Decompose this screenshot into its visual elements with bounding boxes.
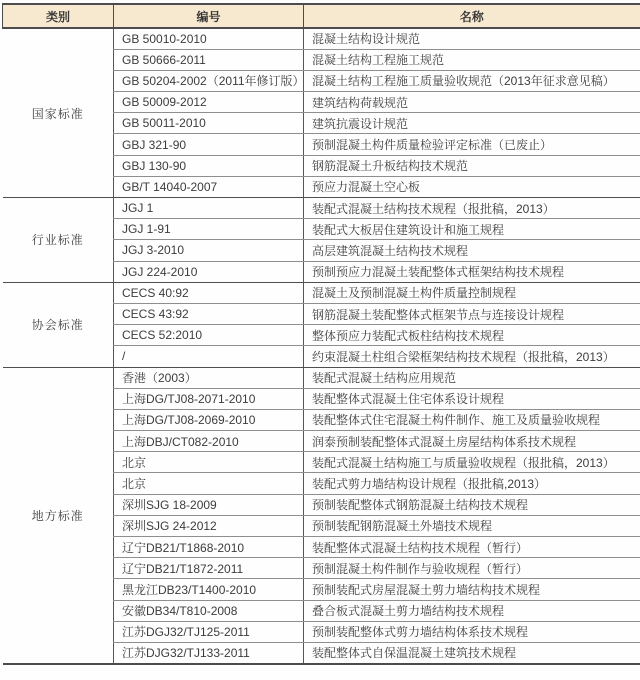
code-cell: GB/T 14040-2007 (114, 176, 304, 197)
code-cell: 北京 (114, 473, 304, 494)
code-cell: CECS 40:92 (114, 282, 304, 303)
name-cell: 预制装配钢筋混凝土外墙技术规程 (304, 515, 640, 536)
code-cell: JGJ 3-2010 (114, 240, 304, 261)
name-cell: 装配整体式住宅混凝土构件制作、施工及质量验收规程 (304, 409, 640, 430)
name-cell: 预制混凝土构件制作与验收规程（暂行） (304, 558, 640, 579)
code-cell: 深圳SJG 24-2012 (114, 515, 304, 536)
name-cell: 预应力混凝土空心板 (304, 176, 640, 197)
code-cell: 香港（2003） (114, 367, 304, 388)
code-cell: 辽宁DB21/T1868-2010 (114, 537, 304, 558)
code-cell: GB 50010-2010 (114, 28, 304, 49)
page: 类别 编号 名称 国家标准GB 50010-2010混凝土结构设计规范GB 50… (0, 0, 640, 680)
name-cell: 装配式混凝土结构应用规范 (304, 367, 640, 388)
name-cell: 装配整体式自保温混凝土建筑技术规程 (304, 642, 640, 663)
code-cell: 江苏DGJ32/TJ125-2011 (114, 621, 304, 642)
code-cell: GB 50204-2002（2011年修订版） (114, 70, 304, 91)
name-cell: 装配式混凝土结构技术规程（报批稿，2013） (304, 198, 640, 219)
header-cell-category: 类别 (3, 4, 114, 28)
code-cell: CECS 43:92 (114, 303, 304, 324)
code-cell: JGJ 224-2010 (114, 261, 304, 282)
table-row: 行业标准JGJ 1装配式混凝土结构技术规程（报批稿，2013） (3, 198, 640, 219)
name-cell: 润泰预制装配整体式混凝土房屋结构体系技术规程 (304, 431, 640, 452)
name-cell: 预制装配整体式钢筋混凝土结构技术规程 (304, 494, 640, 515)
category-cell: 协会标准 (3, 282, 114, 367)
name-cell: 装配式混凝土结构施工与质量验收规程（报批稿，2013） (304, 452, 640, 473)
name-cell: 叠合板式混凝土剪力墙结构技术规程 (304, 600, 640, 621)
name-cell: 装配式剪力墙结构设计规程（报批稿,2013） (304, 473, 640, 494)
table-row: 协会标准CECS 40:92混凝土及预制混凝土构件质量控制规程 (3, 282, 640, 303)
name-cell: 混凝土结构工程施工质量验收规范（2013年征求意见稿） (304, 70, 640, 91)
code-cell: GB 50666-2011 (114, 49, 304, 70)
name-cell: 预制预应力混凝土装配整体式框架结构技术规程 (304, 261, 640, 282)
name-cell: 钢筋混凝土升板结构技术规范 (304, 155, 640, 176)
name-cell: 整体预应力装配式板柱结构技术规程 (304, 325, 640, 346)
table-header: 类别 编号 名称 (3, 4, 640, 28)
header-row: 类别 编号 名称 (3, 4, 640, 28)
name-cell: 预制装配式房屋混凝土剪力墙结构技术规程 (304, 579, 640, 600)
code-cell: JGJ 1-91 (114, 219, 304, 240)
code-cell: 北京 (114, 452, 304, 473)
name-cell: 混凝土及预制混凝土构件质量控制规程 (304, 282, 640, 303)
code-cell: 上海DG/TJ08-2071-2010 (114, 388, 304, 409)
code-cell: GB 50009-2012 (114, 92, 304, 113)
code-cell: GBJ 321-90 (114, 134, 304, 155)
code-cell: 上海DG/TJ08-2069-2010 (114, 409, 304, 430)
name-cell: 混凝土结构设计规范 (304, 28, 640, 49)
category-cell: 国家标准 (3, 28, 114, 198)
code-cell: 上海DBJ/CT082-2010 (114, 431, 304, 452)
header-cell-code: 编号 (114, 4, 304, 28)
name-cell: 建筑抗震设计规范 (304, 113, 640, 134)
standards-table-body: 国家标准GB 50010-2010混凝土结构设计规范GB 50666-2011混… (3, 28, 640, 664)
code-cell: 安徽DB34/T810-2008 (114, 600, 304, 621)
name-cell: 钢筋混凝土装配整体式框架节点与连接设计规程 (304, 303, 640, 324)
name-cell: 约束混凝土柱组合梁框架结构技术规程（报批稿，2013） (304, 346, 640, 367)
name-cell: 建筑结构荷载规范 (304, 92, 640, 113)
name-cell: 装配式大板居住建筑设计和施工规程 (304, 219, 640, 240)
code-cell: / (114, 346, 304, 367)
code-cell: JGJ 1 (114, 198, 304, 219)
table-row: 地方标准香港（2003）装配式混凝土结构应用规范 (3, 367, 640, 388)
table-row: 国家标准GB 50010-2010混凝土结构设计规范 (3, 28, 640, 49)
code-cell: 黑龙江DB23/T1400-2010 (114, 579, 304, 600)
category-cell: 地方标准 (3, 367, 114, 664)
code-cell: GBJ 130-90 (114, 155, 304, 176)
name-cell: 装配整体式混凝土结构技术规程（暂行） (304, 537, 640, 558)
name-cell: 装配整体式混凝土住宅体系设计规程 (304, 388, 640, 409)
code-cell: 深圳SJG 18-2009 (114, 494, 304, 515)
name-cell: 预制装配整体式剪力墙结构体系技术规程 (304, 621, 640, 642)
code-cell: CECS 52:2010 (114, 325, 304, 346)
name-cell: 预制混凝土构件质量检验评定标准（已废止） (304, 134, 640, 155)
name-cell: 高层建筑混凝土结构技术规程 (304, 240, 640, 261)
code-cell: GB 50011-2010 (114, 113, 304, 134)
name-cell: 混凝土结构工程施工规范 (304, 49, 640, 70)
code-cell: 江苏DJG32/TJ133-2011 (114, 642, 304, 663)
category-cell: 行业标准 (3, 198, 114, 283)
code-cell: 辽宁DB21/T1872-2011 (114, 558, 304, 579)
standards-table: 类别 编号 名称 国家标准GB 50010-2010混凝土结构设计规范GB 50… (2, 3, 640, 665)
header-cell-name: 名称 (304, 4, 640, 28)
